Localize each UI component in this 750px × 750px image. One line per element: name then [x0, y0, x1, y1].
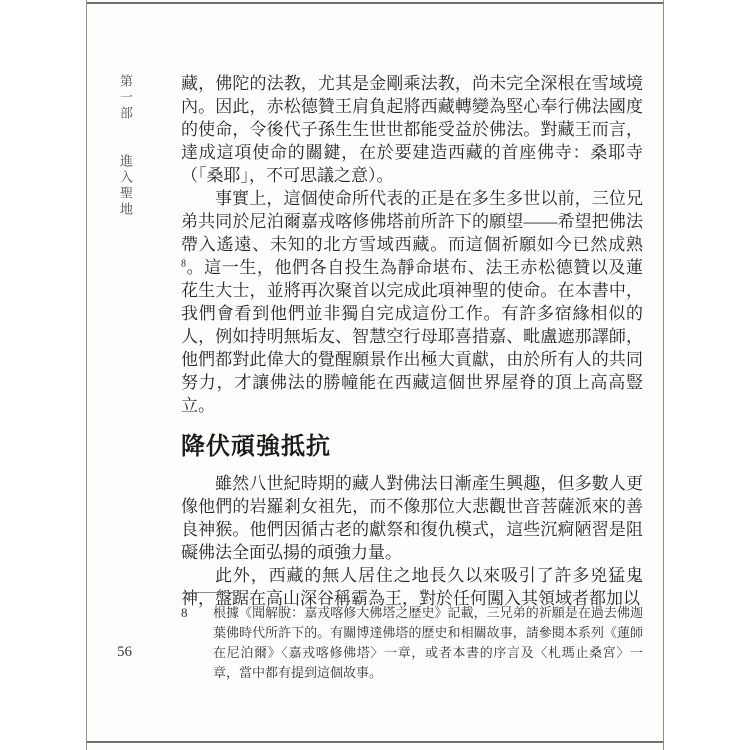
paragraph-resistance: 雖然八世紀時期的藏人對佛法日漸產生興趣，但多數人更像他們的岩羅剎女祖先，而不像那…	[181, 472, 643, 564]
footnote-text: 根據《聞解脫：嘉戎喀修大佛塔之歷史》記載，三兄弟的祈願是在過去佛迦葉佛時代所許下…	[213, 603, 643, 683]
book-preview-stage: 第一部 進入聖地 56 藏，佛陀的法教，尤其是金剛乘法教，尚未完全深根在雪域境內…	[0, 0, 750, 750]
page-top-rule	[87, 2, 663, 4]
section-heading: 降伏頑強抵抗	[181, 432, 643, 462]
paragraph-mission: 事實上，這個使命所代表的正是在多生多世以前，三位兄弟共同於尼泊爾嘉戎喀修佛塔前所…	[181, 187, 643, 417]
footnote-separator-rule	[183, 592, 237, 593]
page-bottom-rule	[87, 741, 663, 743]
paragraph-continuation: 藏，佛陀的法教，尤其是金剛乘法教，尚未完全深根在雪域境內。因此，赤松德贊王肩負起…	[181, 72, 643, 187]
paragraph-mission-text-cont: 。這一生，他們各自投生為靜命堪布、法王赤松德贊以及蓮花生大士，並將再次聚首以完成…	[181, 258, 643, 415]
body-text-column: 藏，佛陀的法教，尤其是金剛乘法教，尚未完全深根在雪域境內。因此，赤松德贊王肩負起…	[181, 72, 643, 610]
footnote-entry: 8 根據《聞解脫：嘉戎喀修大佛塔之歷史》記載，三兄弟的祈願是在過去佛迦葉佛時代所…	[181, 603, 643, 683]
footnote-block: 8 根據《聞解脫：嘉戎喀修大佛塔之歷史》記載，三兄弟的祈願是在過去佛迦葉佛時代所…	[181, 592, 643, 683]
footnote-number: 8	[181, 603, 213, 683]
paragraph-mission-text: 事實上，這個使命所代表的正是在多生多世以前，三位兄弟共同於尼泊爾嘉戎喀修佛塔前所…	[181, 189, 643, 254]
scanned-page: 第一部 進入聖地 56 藏，佛陀的法教，尤其是金剛乘法教，尚未完全深根在雪域境內…	[86, 0, 664, 750]
running-head-vertical: 第一部 進入聖地	[117, 74, 133, 218]
running-head-part: 第一部	[117, 74, 133, 122]
page-number: 56	[117, 644, 132, 661]
running-head-section: 進入聖地	[117, 154, 133, 218]
